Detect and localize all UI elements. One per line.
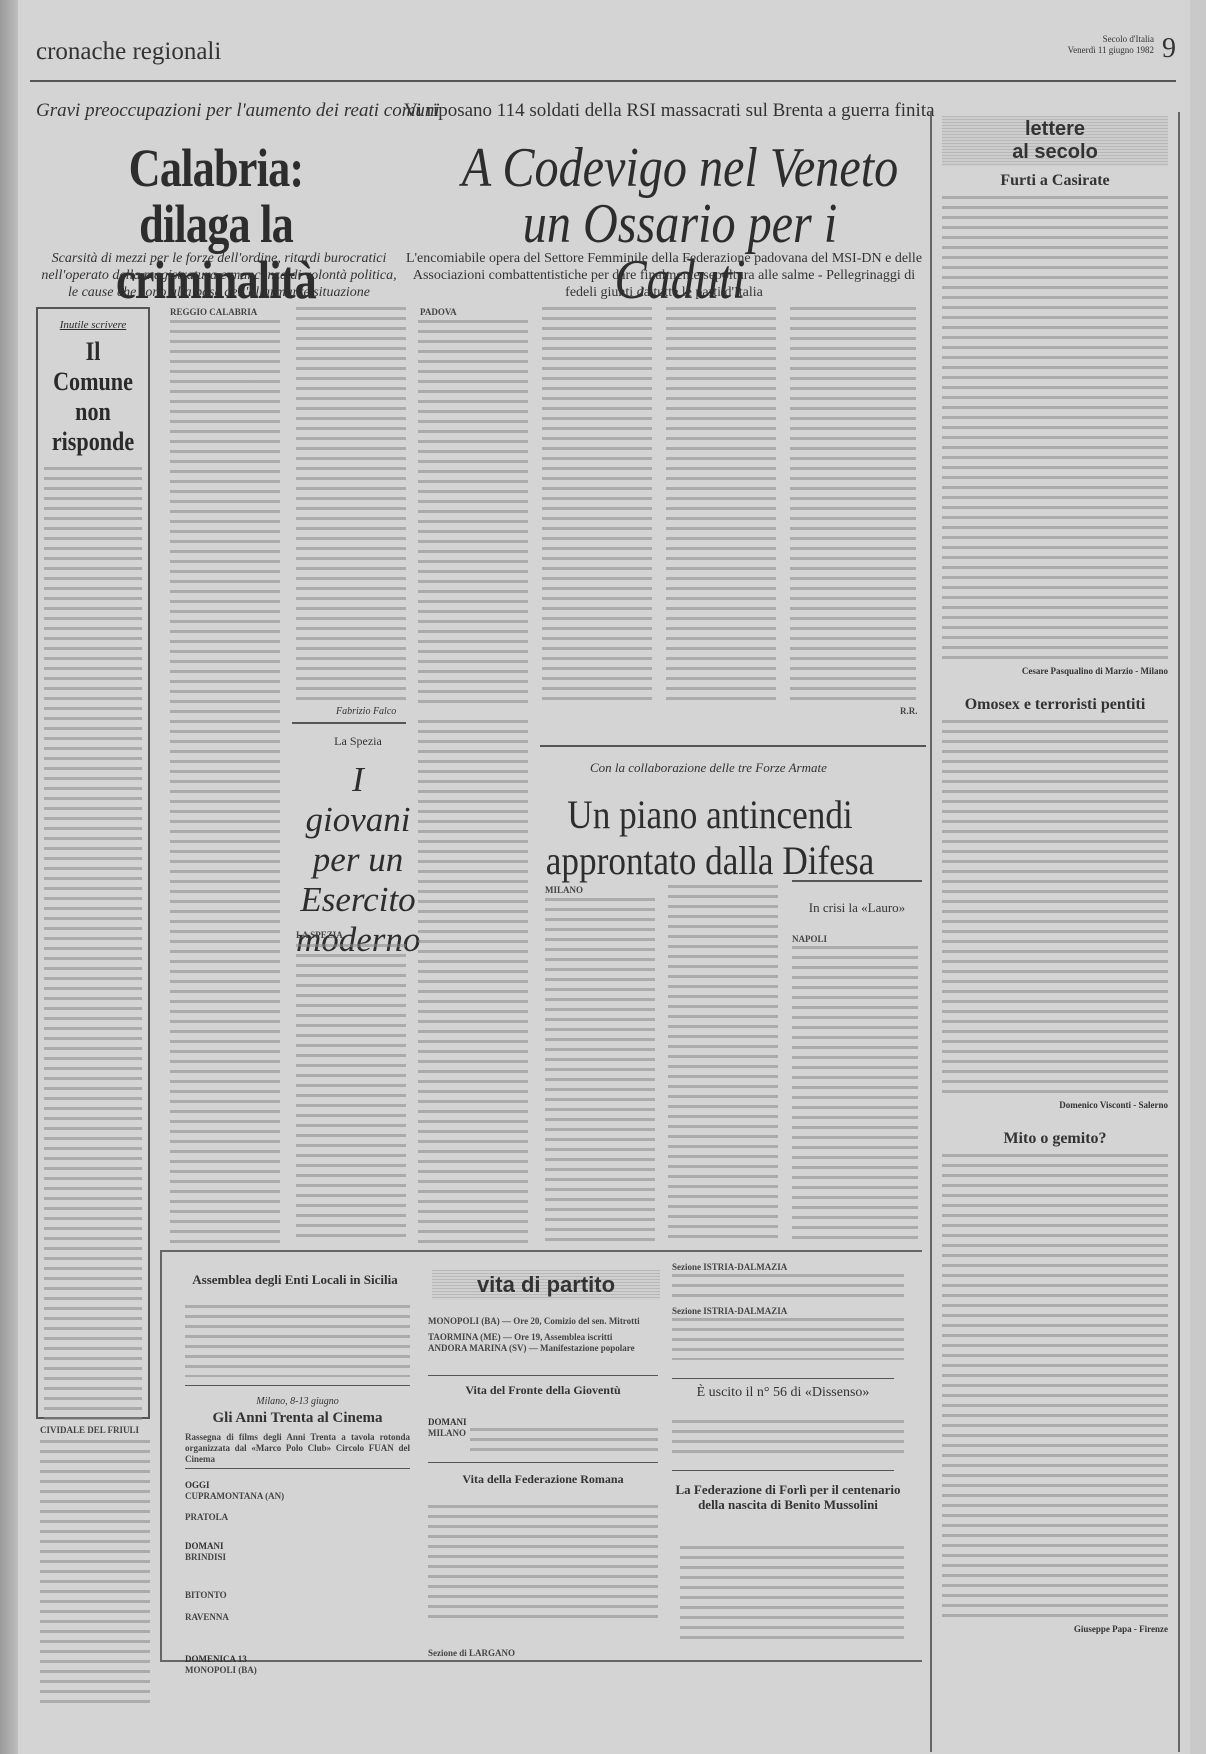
divider <box>672 1378 894 1379</box>
codevigo-deck: L'encomiabile opera del Settore Femminil… <box>404 250 924 301</box>
antincendi-kicker: Con la collaborazione delle tre Forze Ar… <box>590 760 827 776</box>
lauro-headline: In crisi la «Lauro» <box>792 900 922 915</box>
partito-item: MONOPOLI (BA) — Ore 20, Comizio del sen.… <box>428 1316 640 1326</box>
event-place: MONOPOLI (BA) <box>185 1665 257 1675</box>
divider <box>185 1385 410 1386</box>
event-when: DOMANI <box>185 1541 224 1551</box>
spezia-section: La Spezia <box>296 734 420 749</box>
spezia-col-2 <box>418 720 528 1245</box>
divider <box>672 1470 894 1471</box>
masthead-name: Secolo d'Italia <box>1068 34 1154 45</box>
letter-body <box>942 196 1168 666</box>
calabria-dateline: REGGIO CALABRIA <box>170 307 257 317</box>
calabria-col-1 <box>170 320 280 1245</box>
letters-column: lettere al secolo Furti a Casirate Cesar… <box>930 112 1180 1752</box>
partito-item: ANDORA MARINA (SV) — Manifestazione popo… <box>428 1343 635 1353</box>
calabria-byline: Fabrizio Falco <box>336 706 396 717</box>
divider <box>428 1375 658 1376</box>
sezione-item: Sezione ISTRIA-DALMAZIA <box>672 1262 787 1272</box>
fronte-body <box>470 1428 658 1458</box>
fronte-place: MILANO <box>428 1428 466 1438</box>
codevigo-col-3 <box>666 307 776 707</box>
issue-date: Venerdì 11 giugno 1982 <box>1068 45 1154 56</box>
calabria-deck: Scarsità di mezzi per le forze dell'ordi… <box>36 250 402 301</box>
divider <box>540 745 926 747</box>
cinema-intro: Rassegna di films degli Anni Trenta a ta… <box>185 1432 410 1465</box>
letter-signature: Domenico Visconti - Salerno <box>932 1100 1178 1110</box>
letter-title: Omosex e terroristi pentiti <box>932 696 1178 714</box>
forli-title: La Federazione di Forlì per il centenari… <box>672 1482 904 1512</box>
divider <box>428 1462 658 1463</box>
codevigo-kicker: Vi riposano 114 soldati della RSI massac… <box>404 100 935 122</box>
sezione-body <box>672 1274 904 1304</box>
cinema-title: Gli Anni Trenta al Cinema <box>185 1410 410 1427</box>
codevigo-signature: R.R. <box>900 706 918 716</box>
forli-body <box>680 1546 904 1646</box>
divider <box>792 880 922 882</box>
event-place: CUPRAMONTANA (AN) <box>185 1491 284 1501</box>
left-bottom-body <box>40 1440 150 1710</box>
letters-banner: lettere al secolo <box>942 116 1168 166</box>
letter-body <box>942 720 1168 1100</box>
codevigo-col-4 <box>790 307 916 707</box>
codevigo-dateline: PADOVA <box>420 307 457 317</box>
event-when: DOMENICA 13 <box>185 1654 247 1664</box>
vita-di-partito-banner: vita di partito <box>432 1270 660 1300</box>
event-when: OGGI <box>185 1480 210 1490</box>
calabria-kicker: Gravi preoccupazioni per l'aumento dei r… <box>36 100 440 122</box>
sidebar-body <box>44 467 142 1427</box>
left-bottom-heading: CIVIDALE DEL FRIULI <box>40 1425 139 1435</box>
antincendi-col-2 <box>668 885 778 1243</box>
lauro-body <box>792 946 918 1243</box>
codevigo-col-1 <box>418 320 528 710</box>
codevigo-col-2 <box>542 307 652 707</box>
lauro-dateline: NAPOLI <box>792 934 827 944</box>
federazione-romana-body <box>428 1505 658 1620</box>
antincendi-dateline: MILANO <box>545 885 583 895</box>
dissenso-title: È uscito il n° 56 di «Dissenso» <box>672 1385 894 1401</box>
fronte-title: Vita del Fronte della Gioventù <box>428 1383 658 1397</box>
sezione-body <box>672 1318 904 1360</box>
divider <box>292 722 406 724</box>
event-place: PRATOLA <box>185 1512 228 1522</box>
sezione-item: Sezione di LARGANO <box>428 1648 515 1658</box>
letter-signature: Cesare Pasqualino di Marzio - Milano <box>932 666 1178 676</box>
letter-signature: Giuseppe Papa - Firenze <box>932 1624 1178 1634</box>
header-rule <box>30 80 1176 82</box>
section-title: cronache regionali <box>36 38 221 66</box>
sidebar-label: Inutile scrivere <box>38 319 148 331</box>
partito-item: TAORMINA (ME) — Ore 19, Assemblea iscrit… <box>428 1332 612 1342</box>
antincendi-headline: Un piano antincendi approntato dalla Dif… <box>516 792 903 884</box>
fronte-when: DOMANI <box>428 1417 467 1427</box>
cinema-kicker: Milano, 8-13 giugno <box>185 1396 410 1407</box>
antincendi-col-1 <box>545 898 655 1243</box>
letter-title: Mito o gemito? <box>932 1130 1178 1148</box>
divider <box>185 1468 410 1469</box>
event-place: BRINDISI <box>185 1552 226 1562</box>
calabria-col-2 <box>296 307 406 702</box>
event-place: BITONTO <box>185 1590 227 1600</box>
dissenso-body <box>672 1420 904 1460</box>
masthead-block: Secolo d'Italia Venerdì 11 giugno 1982 9 <box>1068 34 1176 64</box>
letters-title-1: lettere <box>942 118 1168 141</box>
assemblea-title: Assemblea degli Enti Locali in Sicilia <box>175 1272 415 1287</box>
spezia-col-1 <box>296 944 406 1244</box>
sidebar-box: Inutile scrivere Il Comune non risponde <box>36 307 150 1419</box>
federazione-romana-title: Vita della Federazione Romana <box>428 1472 658 1486</box>
spezia-dateline: LA SPEZIA <box>296 930 343 940</box>
sidebar-headline: Il Comune non risponde <box>46 337 140 457</box>
letter-body <box>942 1154 1168 1624</box>
event-place: RAVENNA <box>185 1612 229 1622</box>
sezione-item: Sezione ISTRIA-DALMAZIA <box>672 1306 787 1316</box>
letter-title: Furti a Casirate <box>932 172 1178 190</box>
letters-title-2: al secolo <box>942 141 1168 164</box>
page-number: 9 <box>1162 34 1176 64</box>
assemblea-body <box>185 1305 410 1377</box>
